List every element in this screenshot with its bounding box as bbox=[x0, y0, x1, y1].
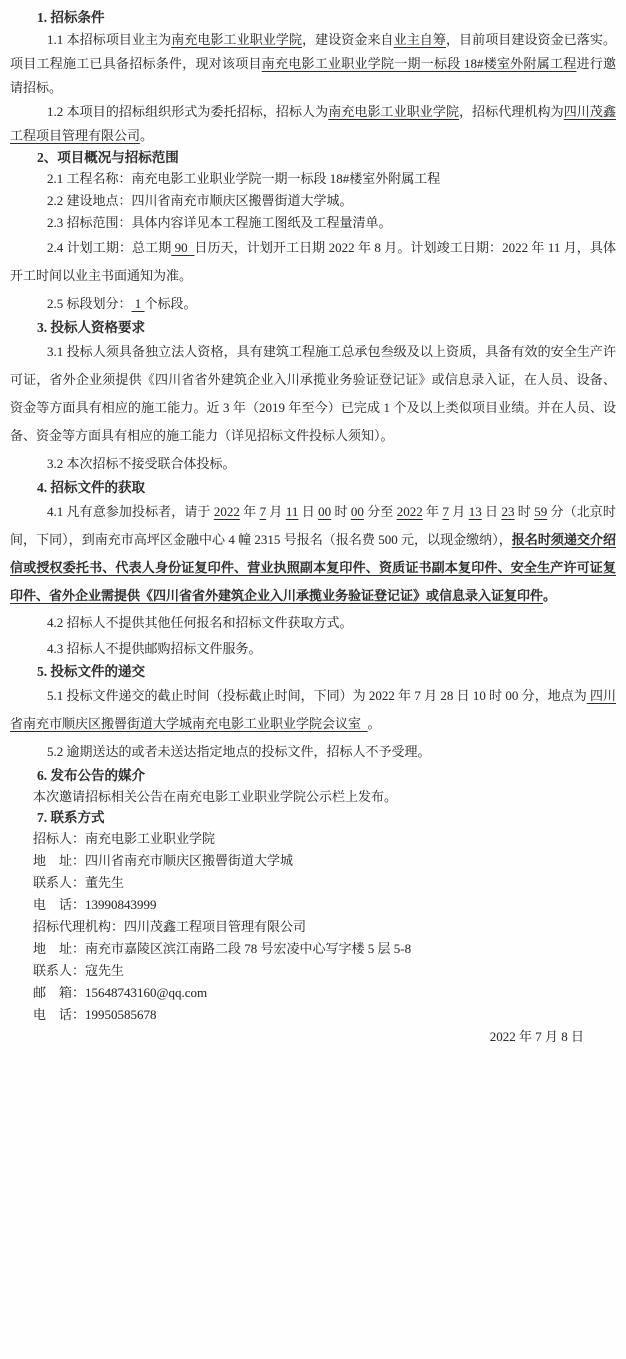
text-run: 。 bbox=[543, 588, 556, 603]
contact-tenderer-person: 联系人：董先生 bbox=[10, 872, 616, 894]
sec3-heading: 3. 投标人资格要求 bbox=[10, 318, 616, 338]
underlined-text-run: 南充电影工业职业学院一期一标段 18#楼室外附属工程 bbox=[262, 56, 577, 71]
underlined-text-run: 1 bbox=[132, 296, 145, 311]
text-run: 联系人：董先生 bbox=[33, 875, 124, 890]
text-run: 2022 年 7 月 8 日 bbox=[490, 1029, 584, 1044]
clause-1-2: 1.2 本项目的招标组织形式为委托招标，招标人为南充电影工业职业学院，招标代理机… bbox=[10, 100, 616, 148]
text-run: 1.1 本招标项目业主为 bbox=[47, 32, 171, 47]
text-run: 月 bbox=[449, 504, 469, 519]
sec4-heading: 4. 招标文件的获取 bbox=[10, 478, 616, 498]
contact-tenderer: 招标人：南充电影工业职业学院 bbox=[10, 828, 616, 850]
underlined-text-run: 南充电影工业职业学院 bbox=[171, 32, 302, 47]
text-run: 地 址：四川省南充市顺庆区搬罾街道大学城 bbox=[33, 853, 293, 868]
clause-4-1: 4.1 凡有意参加投标者，请于 2022 年 7 月 11 日 00 时 00 … bbox=[10, 498, 616, 610]
clause-2-4: 2.4 计划工期：总工期 90 日历天，计划开工日期 2022 年 8 月。计划… bbox=[10, 234, 616, 290]
text-run: 5. 投标文件的递交 bbox=[37, 664, 145, 679]
underlined-text-run: 11 bbox=[286, 504, 299, 519]
text-run: 5.2 逾期送达的或者未送达指定地点的投标文件，招标人不予受理。 bbox=[47, 744, 431, 759]
text-run: 3.2 本次招标不接受联合体投标。 bbox=[47, 456, 236, 471]
underlined-text-run: 2022 bbox=[214, 504, 240, 519]
contact-agency-person: 联系人：寇先生 bbox=[10, 960, 616, 982]
contact-tenderer-address: 地 址：四川省南充市顺庆区搬罾街道大学城 bbox=[10, 850, 616, 872]
underlined-text-run: 23 bbox=[501, 504, 514, 519]
text-run: 2.3 招标范围：具体内容详见本工程施工图纸及工程量清单。 bbox=[47, 215, 392, 230]
text-run: 电 话：13990843999 bbox=[33, 897, 157, 912]
text-run: 年 bbox=[423, 504, 443, 519]
text-run: 3.1 投标人须具备独立法人资格，具有建筑工程施工总承包叁级及以上资质，具备有效… bbox=[10, 344, 616, 443]
clause-2-5: 2.5 标段划分： 1 个标段。 bbox=[10, 290, 616, 318]
sec7-heading: 7. 联系方式 bbox=[10, 808, 616, 828]
contact-agency: 招标代理机构：四川茂鑫工程项目管理有限公司 bbox=[10, 916, 616, 938]
text-run: 。 bbox=[140, 128, 153, 143]
clause-3-2: 3.2 本次招标不接受联合体投标。 bbox=[10, 450, 616, 478]
underlined-text-run: 59 bbox=[534, 504, 547, 519]
text-run: 4. 招标文件的获取 bbox=[37, 480, 145, 495]
sec1-heading: 1. 招标条件 bbox=[10, 8, 616, 28]
clause-4-3: 4.3 招标人不提供邮购招标文件服务。 bbox=[10, 636, 616, 662]
clause-3-1: 3.1 投标人须具备独立法人资格，具有建筑工程施工总承包叁级及以上资质，具备有效… bbox=[10, 338, 616, 450]
contact-tenderer-phone: 电 话：13990843999 bbox=[10, 894, 616, 916]
underlined-text-run: 13 bbox=[469, 504, 482, 519]
text-run: 2.5 标段划分： bbox=[47, 296, 132, 311]
underlined-text-run: 90 bbox=[171, 240, 194, 255]
text-run: 1.2 本项目的招标组织形式为委托招标，招标人为 bbox=[47, 104, 328, 119]
sec6-heading: 6. 发布公告的媒介 bbox=[10, 766, 616, 786]
text-run: 时 bbox=[331, 504, 351, 519]
text-run: 5.1 投标文件递交的截止时间（投标截止时间，下同）为 2022 年 7 月 2… bbox=[47, 688, 587, 703]
text-run: 4.3 招标人不提供邮购招标文件服务。 bbox=[47, 641, 262, 656]
clause-2-2: 2.2 建设地点：四川省南充市顺庆区搬罾街道大学城。 bbox=[10, 190, 616, 212]
clause-5-2: 5.2 逾期送达的或者未送达指定地点的投标文件，招标人不予受理。 bbox=[10, 738, 616, 766]
underlined-text-run: 南充电影工业职业学院 bbox=[328, 104, 459, 119]
text-run: 3. 投标人资格要求 bbox=[37, 320, 145, 335]
sec6-body: 本次邀请招标相关公告在南充电影工业职业学院公示栏上发布。 bbox=[10, 786, 616, 808]
text-run: 日 bbox=[482, 504, 502, 519]
text-run: 邮 箱：15648743160@qq.com bbox=[33, 985, 207, 1000]
text-run: 2、项目概况与招标范围 bbox=[37, 150, 179, 165]
clause-4-2: 4.2 招标人不提供其他任何报名和招标文件获取方式。 bbox=[10, 610, 616, 636]
contact-agency-phone: 电 话：19950585678 bbox=[10, 1004, 616, 1026]
text-run: 2.1 工程名称：南充电影工业职业学院一期一标段 18#楼室外附属工程 bbox=[47, 171, 440, 186]
contact-agency-address: 地 址：南充市嘉陵区滨江南路二段 78 号宏凌中心写字楼 5 层 5-8 bbox=[10, 938, 616, 960]
text-run: ，招标代理机构为 bbox=[459, 104, 564, 119]
underlined-text-run: 00 bbox=[318, 504, 331, 519]
text-run: 招标人：南充电影工业职业学院 bbox=[33, 831, 215, 846]
text-run: 本次邀请招标相关公告在南充电影工业职业学院公示栏上发布。 bbox=[33, 789, 397, 804]
text-run: 联系人：寇先生 bbox=[33, 963, 124, 978]
text-run: 时 bbox=[514, 504, 534, 519]
clause-5-1: 5.1 投标文件递交的截止时间（投标截止时间，下同）为 2022 年 7 月 2… bbox=[10, 682, 616, 738]
clause-1-1: 1.1 本招标项目业主为南充电影工业职业学院，建设资金来自业主自筹，目前项目建设… bbox=[10, 28, 616, 100]
tender-announcement-document: 1. 招标条件1.1 本招标项目业主为南充电影工业职业学院，建设资金来自业主自筹… bbox=[0, 0, 626, 1359]
text-run: 地 址：南充市嘉陵区滨江南路二段 78 号宏凌中心写字楼 5 层 5-8 bbox=[33, 941, 411, 956]
text-run: 年 bbox=[240, 504, 260, 519]
contact-agency-email: 邮 箱：15648743160@qq.com bbox=[10, 982, 616, 1004]
text-run: 个标段。 bbox=[145, 296, 197, 311]
sec2-heading: 2、项目概况与招标范围 bbox=[10, 148, 616, 168]
text-run: 6. 发布公告的媒介 bbox=[37, 768, 145, 783]
text-run: 。 bbox=[368, 716, 381, 731]
clause-2-3: 2.3 招标范围：具体内容详见本工程施工图纸及工程量清单。 bbox=[10, 212, 616, 234]
text-run: ，建设资金来自 bbox=[302, 32, 394, 47]
text-run: 月 bbox=[266, 504, 286, 519]
clause-2-1: 2.1 工程名称：南充电影工业职业学院一期一标段 18#楼室外附属工程 bbox=[10, 168, 616, 190]
text-run: 电 话：19950585678 bbox=[33, 1007, 157, 1022]
text-run: 分至 bbox=[364, 504, 397, 519]
text-run: 7. 联系方式 bbox=[37, 810, 105, 825]
text-run: 4.2 招标人不提供其他任何报名和招标文件获取方式。 bbox=[47, 615, 353, 630]
sec5-heading: 5. 投标文件的递交 bbox=[10, 662, 616, 682]
date-line: 2022 年 7 月 8 日 bbox=[10, 1026, 616, 1048]
underlined-text-run: 2022 bbox=[397, 504, 423, 519]
text-run: 2.4 计划工期：总工期 bbox=[47, 240, 171, 255]
text-run: 1. 招标条件 bbox=[37, 10, 105, 25]
text-run: 2.2 建设地点：四川省南充市顺庆区搬罾街道大学城。 bbox=[47, 193, 353, 208]
text-run: 招标代理机构：四川茂鑫工程项目管理有限公司 bbox=[33, 919, 306, 934]
underlined-text-run: 00 bbox=[351, 504, 364, 519]
text-run: 4.1 凡有意参加投标者，请于 bbox=[47, 504, 214, 519]
underlined-text-run: 业主自筹 bbox=[394, 32, 446, 47]
text-run: 日 bbox=[298, 504, 318, 519]
